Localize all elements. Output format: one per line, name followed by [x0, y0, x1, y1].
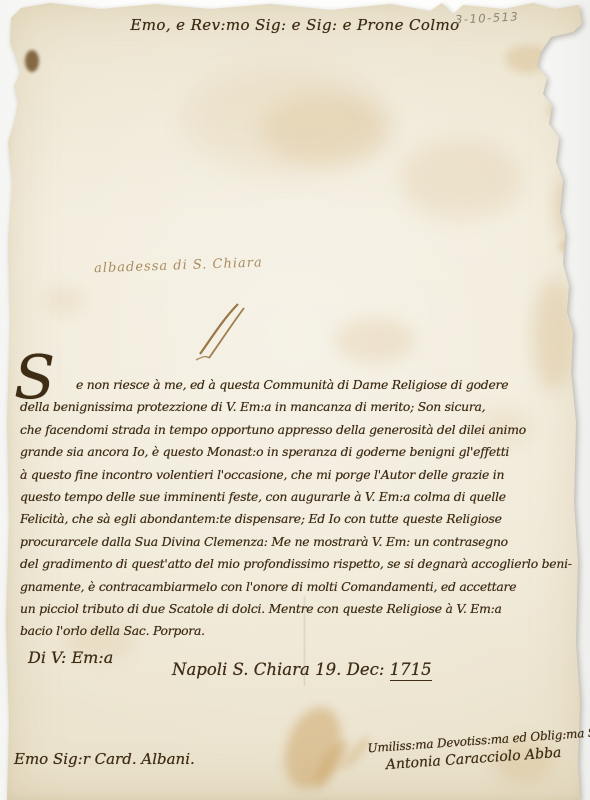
addressee-line: Emo Sig:r Card. Albani.	[14, 750, 195, 768]
text-line: e non riesce à me, ed à questa Communità…	[20, 374, 577, 396]
scanned-letter: Emo, e Rev:mo Sig: e Sig: e Prone Colmo …	[0, 0, 590, 800]
text-line: del gradimento di quest'atto del mio pro…	[20, 553, 577, 575]
place-date: Napoli S. Chiara 19. Dec:	[172, 660, 390, 679]
dateline: Napoli S. Chiara 19. Dec: 1715	[172, 660, 432, 679]
stain	[185, 65, 385, 175]
stain	[400, 140, 520, 220]
ink-spot	[25, 50, 39, 72]
stain	[559, 240, 575, 254]
stain	[260, 95, 390, 165]
text-line: à questo fine incontro volentieri l'occa…	[20, 464, 577, 486]
paraph-flourish-mark	[192, 300, 254, 364]
stain	[335, 318, 415, 363]
body-text: e non riesce à me, ed à questa Communità…	[20, 374, 577, 643]
text-line: procurarcele dalla Sua Divina Clemenza: …	[20, 531, 577, 553]
stain	[505, 45, 550, 73]
text-line: questo tempo delle sue imminenti feste, …	[20, 486, 577, 508]
text-line: Felicità, che sà egli abondantem:te disp…	[20, 508, 577, 530]
stain	[555, 178, 579, 238]
stain	[548, 103, 570, 119]
text-line: della benignissima protezzione di V. Em:…	[20, 396, 577, 418]
dateline-year: 1715	[390, 660, 432, 681]
stain	[275, 700, 350, 796]
closing-from: Di V: Em:a	[28, 648, 113, 667]
stain	[45, 288, 85, 314]
stain	[309, 736, 352, 792]
text-line: grande sia ancora Io, è questo Monast:o …	[20, 441, 577, 463]
text-line: che facendomi strada in tempo opportuno …	[20, 419, 577, 441]
text-line: un picciol tributo di due Scatole di dol…	[20, 598, 577, 620]
text-line: gnamente, è contracambiarmelo con l'onor…	[20, 576, 577, 598]
salutation-line: Emo, e Rev:mo Sig: e Sig: e Prone Colmo	[130, 16, 460, 34]
text-line: bacio l'orlo della Sac. Porpora.	[20, 620, 577, 642]
